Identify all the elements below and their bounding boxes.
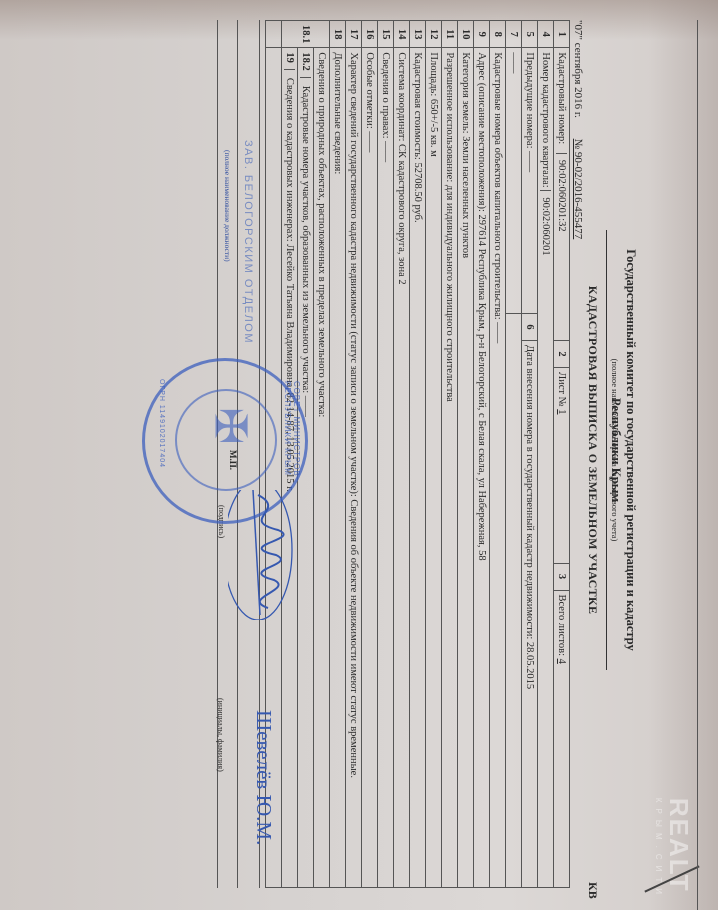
table-row: 18 Дополнительные сведения: xyxy=(330,21,346,888)
name-caption: (инициалы, фамилия) xyxy=(216,698,225,772)
table-row: 10Категория земель: Земли населенных пун… xyxy=(458,21,474,888)
handwritten-signature xyxy=(228,490,298,620)
page-border-line xyxy=(697,20,698,910)
table-row: 1 Кадастровый номер: 90:02:060201:32 2 Л… xyxy=(554,21,570,888)
table-row: 15Сведения о правах: —— xyxy=(378,21,394,888)
document-date-number: "07" сентября 2016 г. № 90-02/2016-45547… xyxy=(572,20,584,239)
document-date: "07" сентября 2016 г. xyxy=(572,20,584,118)
cadastral-table: 1 Кадастровый номер: 90:02:060201:32 2 Л… xyxy=(265,20,570,888)
table-row: 4 Номер кадастрового квартала: 90:02:060… xyxy=(538,21,554,888)
table-row: 5 Предыдущие номера: —— 6 Дата внесения … xyxy=(522,21,538,888)
table-row: 13Кадастровая стоимость: 52708.50 руб. xyxy=(410,21,426,888)
table-row: 18.1 Сведения о природных объектах, расп… xyxy=(314,21,330,888)
position-caption: (полное наименование должности) xyxy=(223,150,232,262)
table-row: 11Разрешенное использование: для индивид… xyxy=(442,21,458,888)
total-sheets: Всего листов: 4 xyxy=(554,590,570,887)
table-row: 12Площадь: 650+/-5 кв. м xyxy=(426,21,442,888)
document-title: КАДАСТРОВАЯ ВЫПИСКА О ЗЕМЕЛЬНОМ УЧАСТКЕ xyxy=(585,250,600,650)
table-row: 8Кадастровые номера объектов капитальног… xyxy=(490,21,506,888)
organization-caption: (полное наименование органа кадастрового… xyxy=(610,230,620,670)
sheet-number: Лист № 1 xyxy=(554,367,570,563)
document-number: № 90-02/2016-455477 xyxy=(572,139,584,240)
document-page: REALT КРЫМ.СИТИ Государственный комитет … xyxy=(18,20,718,910)
watermark: REALT КРЫМ.СИТИ xyxy=(654,798,694,900)
table-row: 7 —— xyxy=(506,21,522,888)
position-stamp: ЗАВ. БЕЛОГОРСКИМ ОТДЕЛОМ xyxy=(242,140,254,344)
table-row: 9Адрес (описание местоположения): 297614… xyxy=(474,21,490,888)
signer-name: Шевелёв Ю.М. xyxy=(251,710,276,845)
form-code: КВ xyxy=(585,882,600,899)
table-row: 16Особые отметки: —— xyxy=(362,21,378,888)
table-row: 17Характер сведений государственного кад… xyxy=(346,21,362,888)
eagle-emblem-icon: ✠ xyxy=(213,402,250,453)
table-row: 14Система координат: СК кадастрового окр… xyxy=(394,21,410,888)
cadastral-number: 90:02:060201:32 xyxy=(556,153,567,232)
